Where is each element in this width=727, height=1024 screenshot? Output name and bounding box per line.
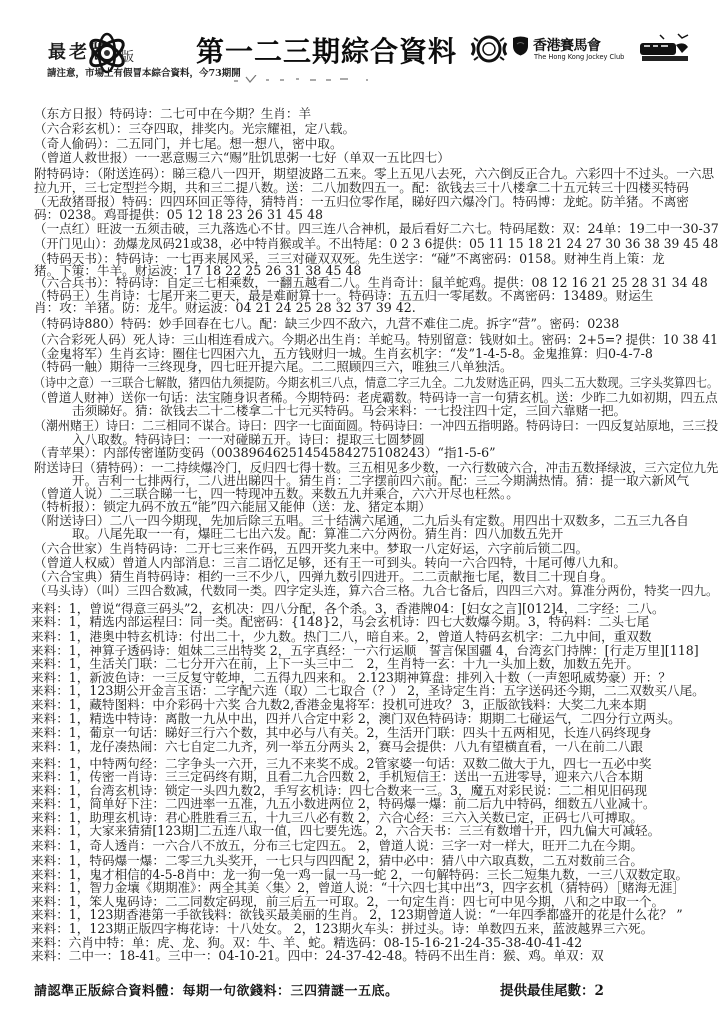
footer-slogan: 請認準正版綜合資料體：每期一句欲錢料：三四猜謎一五底。 <box>34 980 399 999</box>
text-line: 来料：1，精选内部运程曰：同一类。配密码：{148}2，马会玄机诗：四七大数爆今… <box>31 614 649 630</box>
text-line: （特码诗880）特码：妙手回春在七八。配：缺三少四不敌六，九营不难住二虎。拆字“… <box>34 316 619 332</box>
scan-artifact-marks <box>232 68 372 76</box>
hkjc-name-zh: 香港賽馬會 <box>533 35 601 55</box>
counterfeit-notice: 請注意，市場上有假冒本綜合資料，今73期開 <box>47 65 241 79</box>
text-line: （一点红）旺波一五须击破，三九落选心不甘。四三连八合神机，最后看好二六七。特码尾… <box>34 221 719 237</box>
text-line: （诗中之意）一三联合七解散，猪四估九须提防。今期玄机三八点，情意二字三九全。二九… <box>34 375 718 391</box>
text-line: （六合彩玄机）：三夺四取，排奖内。光宗耀祖，定八载。 <box>34 121 355 137</box>
text-line: （开门见山）：劲爆龙凤码21或38，必中特肖猴或羊。不出特尾：0 2 3 6提供… <box>34 236 718 252</box>
hkjc-name-en: The Hong Kong Jockey Club <box>534 53 624 61</box>
text-line: 击须睇好。猜：欲钱去二十二楼拿二十七元买特码。马会来料：一七投注四十定，三回六靠… <box>72 403 626 419</box>
lottery-brand-logo-icon <box>638 33 692 65</box>
text-line: 来料：1，大家来猜猜[123期]二五连八取一值，四七要先选。2，六合天书：三三有… <box>31 823 660 839</box>
hkjc-shield-icon <box>512 36 529 56</box>
text-line: （特码一触）期待一三终现身，四七旺开提六尾。二二照顾四三六，唯独三八单独活。 <box>34 359 513 375</box>
text-line: （东方日报）特码诗：二七可中在今期？生肖：羊 <box>34 106 311 122</box>
text-line: （马头诗）（叫）三四合数减，代数同一类。四字定头连，算六合三格。九合七备后，四四… <box>34 583 718 599</box>
text-line: 来料：1，奇人透肖：一六合八不放五，分布三七定四五。 2，曾道人说：三字一对一样… <box>31 838 643 854</box>
text-line: 肖：攻：羊猪。防：龙牛。财运波：04 21 24 25 28 32 37 39 … <box>34 300 416 316</box>
text-line: 来料：1，龙仔凑热闹：六七自定二九齐，列一举五分两头 2，赛马会提供：八九有望横… <box>31 739 643 755</box>
text-line: （曾道人救世报）一一恶意赐三六“赐”肚饥思粥一七好（单双一五比四七） <box>34 150 450 166</box>
text-line: （青苹果）：内部传密谨防变码（0038964625145458427510824… <box>34 445 496 461</box>
ornate-emblem-icon <box>470 35 508 63</box>
best-tail-number: 提供最佳尾數：2 <box>500 979 604 999</box>
text-line: 取。八尾先取一一有，爆旺二七出六发。配：算准二六分两份。猜生肖：四八加数五先开 <box>72 526 563 542</box>
page-title: 第一二三期綜合資料 <box>196 30 457 70</box>
edition-suffix: 版 <box>121 46 134 65</box>
text-line: 来料：二中一：18-41。三中一：04-10-21。四中：24-37-42-48… <box>31 948 604 964</box>
